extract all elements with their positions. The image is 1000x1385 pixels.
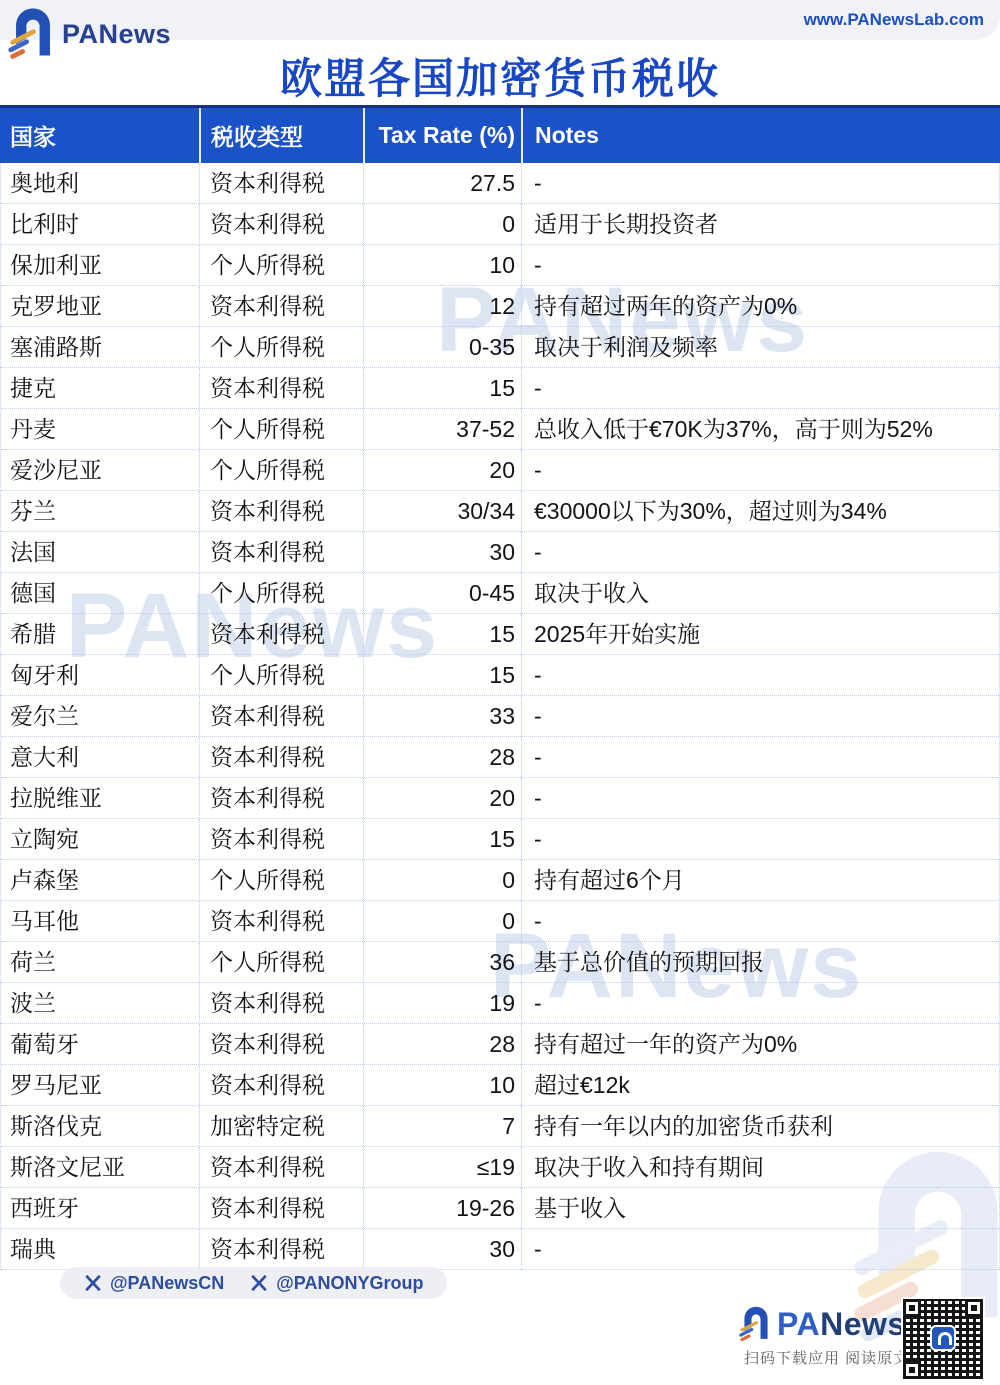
social-handles-pill: @PANewsCN @PANONYGroup xyxy=(60,1267,447,1299)
table-row: 丹麦 个人所得税 37-52 总收入低于€70K为37%，高于则为52% xyxy=(1,409,999,450)
cell-notes: 取决于利润及频率 xyxy=(521,327,999,367)
panews-logo: #panews-n path{fill:#2350b4}#panews-n .s… xyxy=(8,0,171,63)
eu-crypto-tax-table: 国家 税收类型 Tax Rate (%) Notes 奥地利 资本利得税 27.… xyxy=(0,105,1000,1270)
cell-tax-type: 资本利得税 xyxy=(199,1147,363,1187)
cell-country: 荷兰 xyxy=(1,942,199,982)
cell-tax-rate: 0-35 xyxy=(363,327,521,367)
table-row: 卢森堡 个人所得税 0 持有超过6个月 xyxy=(1,860,999,901)
cell-tax-rate: 30 xyxy=(363,1229,521,1269)
cell-country: 拉脱维亚 xyxy=(1,778,199,818)
cell-country: 捷克 xyxy=(1,368,199,408)
table-row: 葡萄牙 资本利得税 28 持有超过一年的资产为0% xyxy=(1,1024,999,1065)
table-row: 比利时 资本利得税 0 适用于长期投资者 xyxy=(1,204,999,245)
cell-tax-type: 资本利得税 xyxy=(199,491,363,531)
cell-tax-type: 个人所得税 xyxy=(199,573,363,613)
table-row: 保加利亚 个人所得税 10 - xyxy=(1,245,999,286)
cell-tax-type: 资本利得税 xyxy=(199,204,363,244)
cell-tax-type: 资本利得税 xyxy=(199,163,363,203)
cell-tax-rate: 12 xyxy=(363,286,521,326)
cell-country: 爱尔兰 xyxy=(1,696,199,736)
cell-country: 马耳他 xyxy=(1,901,199,941)
table-row: 法国 资本利得税 30 - xyxy=(1,532,999,573)
cell-tax-rate: 15 xyxy=(363,368,521,408)
cell-tax-type: 个人所得税 xyxy=(199,327,363,367)
handle-text: @PANewsCN xyxy=(110,1273,224,1294)
cell-tax-type: 个人所得税 xyxy=(199,245,363,285)
cell-notes: - xyxy=(521,778,999,818)
cell-country: 卢森堡 xyxy=(1,860,199,900)
cell-tax-rate: 0 xyxy=(363,204,521,244)
cell-tax-rate: 27.5 xyxy=(363,163,521,203)
cell-country: 瑞典 xyxy=(1,1229,199,1269)
cell-tax-rate: 10 xyxy=(363,245,521,285)
cell-country: 奥地利 xyxy=(1,163,199,203)
cell-tax-type: 个人所得税 xyxy=(199,409,363,449)
cell-tax-rate: 19-26 xyxy=(363,1188,521,1228)
cell-tax-rate: 36 xyxy=(363,942,521,982)
table-body: 奥地利 资本利得税 27.5 - 比利时 资本利得税 0 适用于长期投资者 保加… xyxy=(0,163,1000,1270)
cell-country: 克罗地亚 xyxy=(1,286,199,326)
panews-logo-text-bottom: PANews xyxy=(777,1306,906,1343)
table-row: 塞浦路斯 个人所得税 0-35 取决于利润及频率 xyxy=(1,327,999,368)
column-header-country: 国家 xyxy=(0,108,199,163)
website-url: www.PANewsLab.com xyxy=(804,0,984,40)
table-row: 克罗地亚 资本利得税 12 持有超过两年的资产为0% xyxy=(1,286,999,327)
cell-country: 希腊 xyxy=(1,614,199,654)
cell-country: 德国 xyxy=(1,573,199,613)
cell-tax-type: 资本利得税 xyxy=(199,1229,363,1269)
cell-notes: - xyxy=(521,983,999,1023)
cell-country: 立陶宛 xyxy=(1,819,199,859)
cell-tax-rate: 0 xyxy=(363,901,521,941)
table-row: 荷兰 个人所得税 36 基于总价值的预期回报 xyxy=(1,942,999,983)
panews-n-icon: #panews-n path{fill:#2350b4}#panews-n .s… xyxy=(8,0,58,63)
cell-notes: 持有超过一年的资产为0% xyxy=(521,1024,999,1064)
table-row: 匈牙利 个人所得税 15 - xyxy=(1,655,999,696)
table-row: 德国 个人所得税 0-45 取决于收入 xyxy=(1,573,999,614)
cell-notes: 2025年开始实施 xyxy=(521,614,999,654)
cell-tax-rate: 0-45 xyxy=(363,573,521,613)
cell-country: 法国 xyxy=(1,532,199,572)
table-row: 芬兰 资本利得税 30/34 €30000以下为30%，超过则为34% xyxy=(1,491,999,532)
cell-notes: - xyxy=(521,450,999,490)
cell-tax-type: 资本利得税 xyxy=(199,737,363,777)
panews-n-icon-small xyxy=(739,1299,773,1344)
cell-tax-rate: ≤19 xyxy=(363,1147,521,1187)
cell-notes: 持有超过两年的资产为0% xyxy=(521,286,999,326)
column-header-tax-type: 税收类型 xyxy=(199,108,363,163)
cell-tax-type: 个人所得税 xyxy=(199,655,363,695)
cell-notes: - xyxy=(521,655,999,695)
cell-country: 罗马尼亚 xyxy=(1,1065,199,1105)
table-header-row: 国家 税收类型 Tax Rate (%) Notes xyxy=(0,105,1000,163)
cell-country: 保加利亚 xyxy=(1,245,199,285)
table-row: 捷克 资本利得税 15 - xyxy=(1,368,999,409)
table-row: 瑞典 资本利得税 30 - xyxy=(1,1229,999,1270)
cell-tax-rate: 15 xyxy=(363,655,521,695)
column-header-tax-rate: Tax Rate (%) xyxy=(363,108,521,163)
cell-country: 爱沙尼亚 xyxy=(1,450,199,490)
cell-tax-type: 资本利得税 xyxy=(199,1065,363,1105)
table-row: 意大利 资本利得税 28 - xyxy=(1,737,999,778)
cell-country: 丹麦 xyxy=(1,409,199,449)
cell-notes: - xyxy=(521,532,999,572)
cell-notes: €30000以下为30%，超过则为34% xyxy=(521,491,999,531)
cell-tax-rate: 20 xyxy=(363,450,521,490)
cell-notes: 取决于收入 xyxy=(521,573,999,613)
cell-country: 匈牙利 xyxy=(1,655,199,695)
cell-tax-rate: 10 xyxy=(363,1065,521,1105)
cell-tax-type: 资本利得税 xyxy=(199,983,363,1023)
cell-country: 葡萄牙 xyxy=(1,1024,199,1064)
handle-text: @PANONYGroup xyxy=(276,1273,423,1294)
cell-tax-type: 资本利得税 xyxy=(199,901,363,941)
cell-tax-type: 资本利得税 xyxy=(199,696,363,736)
cell-tax-type: 资本利得税 xyxy=(199,819,363,859)
table-row: 立陶宛 资本利得税 15 - xyxy=(1,819,999,860)
cell-notes: 持有超过6个月 xyxy=(521,860,999,900)
cell-notes: 适用于长期投资者 xyxy=(521,204,999,244)
cell-tax-rate: 0 xyxy=(363,860,521,900)
cell-tax-type: 加密特定税 xyxy=(199,1106,363,1146)
cell-tax-type: 资本利得税 xyxy=(199,1024,363,1064)
cell-tax-type: 资本利得税 xyxy=(199,286,363,326)
cell-tax-rate: 7 xyxy=(363,1106,521,1146)
qr-finder-pattern xyxy=(965,1299,983,1317)
cell-tax-type: 资本利得税 xyxy=(199,368,363,408)
cell-notes: 基于总价值的预期回报 xyxy=(521,942,999,982)
cell-notes: 总收入低于€70K为37%，高于则为52% xyxy=(521,409,999,449)
cell-tax-rate: 28 xyxy=(363,1024,521,1064)
qr-caption: 扫码下载应用 阅读原文 xyxy=(744,1347,909,1368)
cell-notes: 持有一年以内的加密货币获利 xyxy=(521,1106,999,1146)
cell-notes: - xyxy=(521,1229,999,1269)
cell-notes: 超过€12k xyxy=(521,1065,999,1105)
cell-country: 塞浦路斯 xyxy=(1,327,199,367)
table-row: 斯洛文尼亚 资本利得税 ≤19 取决于收入和持有期间 xyxy=(1,1147,999,1188)
cell-tax-rate: 30/34 xyxy=(363,491,521,531)
cell-tax-type: 个人所得税 xyxy=(199,942,363,982)
cell-notes: - xyxy=(521,368,999,408)
cell-notes: - xyxy=(521,163,999,203)
cell-country: 比利时 xyxy=(1,204,199,244)
cell-notes: 基于收入 xyxy=(521,1188,999,1228)
cell-notes: - xyxy=(521,737,999,777)
cell-tax-type: 资本利得税 xyxy=(199,1188,363,1228)
table-row: 斯洛伐克 加密特定税 7 持有一年以内的加密货币获利 xyxy=(1,1106,999,1147)
cell-tax-rate: 15 xyxy=(363,614,521,654)
cell-notes: - xyxy=(521,901,999,941)
cell-notes: - xyxy=(521,819,999,859)
x-twitter-icon xyxy=(84,1274,102,1292)
qr-finder-pattern xyxy=(903,1299,921,1317)
cell-tax-rate: 33 xyxy=(363,696,521,736)
table-row: 西班牙 资本利得税 19-26 基于收入 xyxy=(1,1188,999,1229)
cell-tax-rate: 19 xyxy=(363,983,521,1023)
column-header-notes: Notes xyxy=(521,108,1000,163)
cell-country: 西班牙 xyxy=(1,1188,199,1228)
table-row: 马耳他 资本利得税 0 - xyxy=(1,901,999,942)
cell-notes: - xyxy=(521,696,999,736)
cell-country: 芬兰 xyxy=(1,491,199,531)
cell-tax-type: 资本利得税 xyxy=(199,532,363,572)
cell-tax-rate: 20 xyxy=(363,778,521,818)
qr-code xyxy=(903,1299,983,1379)
x-twitter-icon xyxy=(250,1274,268,1292)
twitter-handle-panonygroup: @PANONYGroup xyxy=(250,1273,423,1294)
cell-tax-type: 资本利得税 xyxy=(199,778,363,818)
table-row: 爱沙尼亚 个人所得税 20 - xyxy=(1,450,999,491)
cell-tax-rate: 15 xyxy=(363,819,521,859)
panews-infographic: #panews-n path{fill:#2350b4}#panews-n .s… xyxy=(0,0,1000,1385)
table-row: 爱尔兰 资本利得税 33 - xyxy=(1,696,999,737)
qr-finder-pattern xyxy=(903,1361,921,1379)
cell-country: 斯洛文尼亚 xyxy=(1,1147,199,1187)
table-row: 希腊 资本利得税 15 2025年开始实施 xyxy=(1,614,999,655)
cell-tax-rate: 37-52 xyxy=(363,409,521,449)
cell-country: 意大利 xyxy=(1,737,199,777)
table-row: 拉脱维亚 资本利得税 20 - xyxy=(1,778,999,819)
cell-notes: 取决于收入和持有期间 xyxy=(521,1147,999,1187)
cell-country: 波兰 xyxy=(1,983,199,1023)
cell-tax-rate: 28 xyxy=(363,737,521,777)
cell-tax-rate: 30 xyxy=(363,532,521,572)
cell-notes: - xyxy=(521,245,999,285)
qr-center-logo xyxy=(930,1325,956,1351)
table-row: 波兰 资本利得税 19 - xyxy=(1,983,999,1024)
table-row: 罗马尼亚 资本利得税 10 超过€12k xyxy=(1,1065,999,1106)
panews-logo-text: PANews xyxy=(62,19,171,50)
twitter-handle-panewscn: @PANewsCN xyxy=(84,1273,224,1294)
cell-country: 斯洛伐克 xyxy=(1,1106,199,1146)
cell-tax-type: 资本利得税 xyxy=(199,614,363,654)
cell-tax-type: 个人所得税 xyxy=(199,450,363,490)
table-row: 奥地利 资本利得税 27.5 - xyxy=(1,163,999,204)
cell-tax-type: 个人所得税 xyxy=(199,860,363,900)
